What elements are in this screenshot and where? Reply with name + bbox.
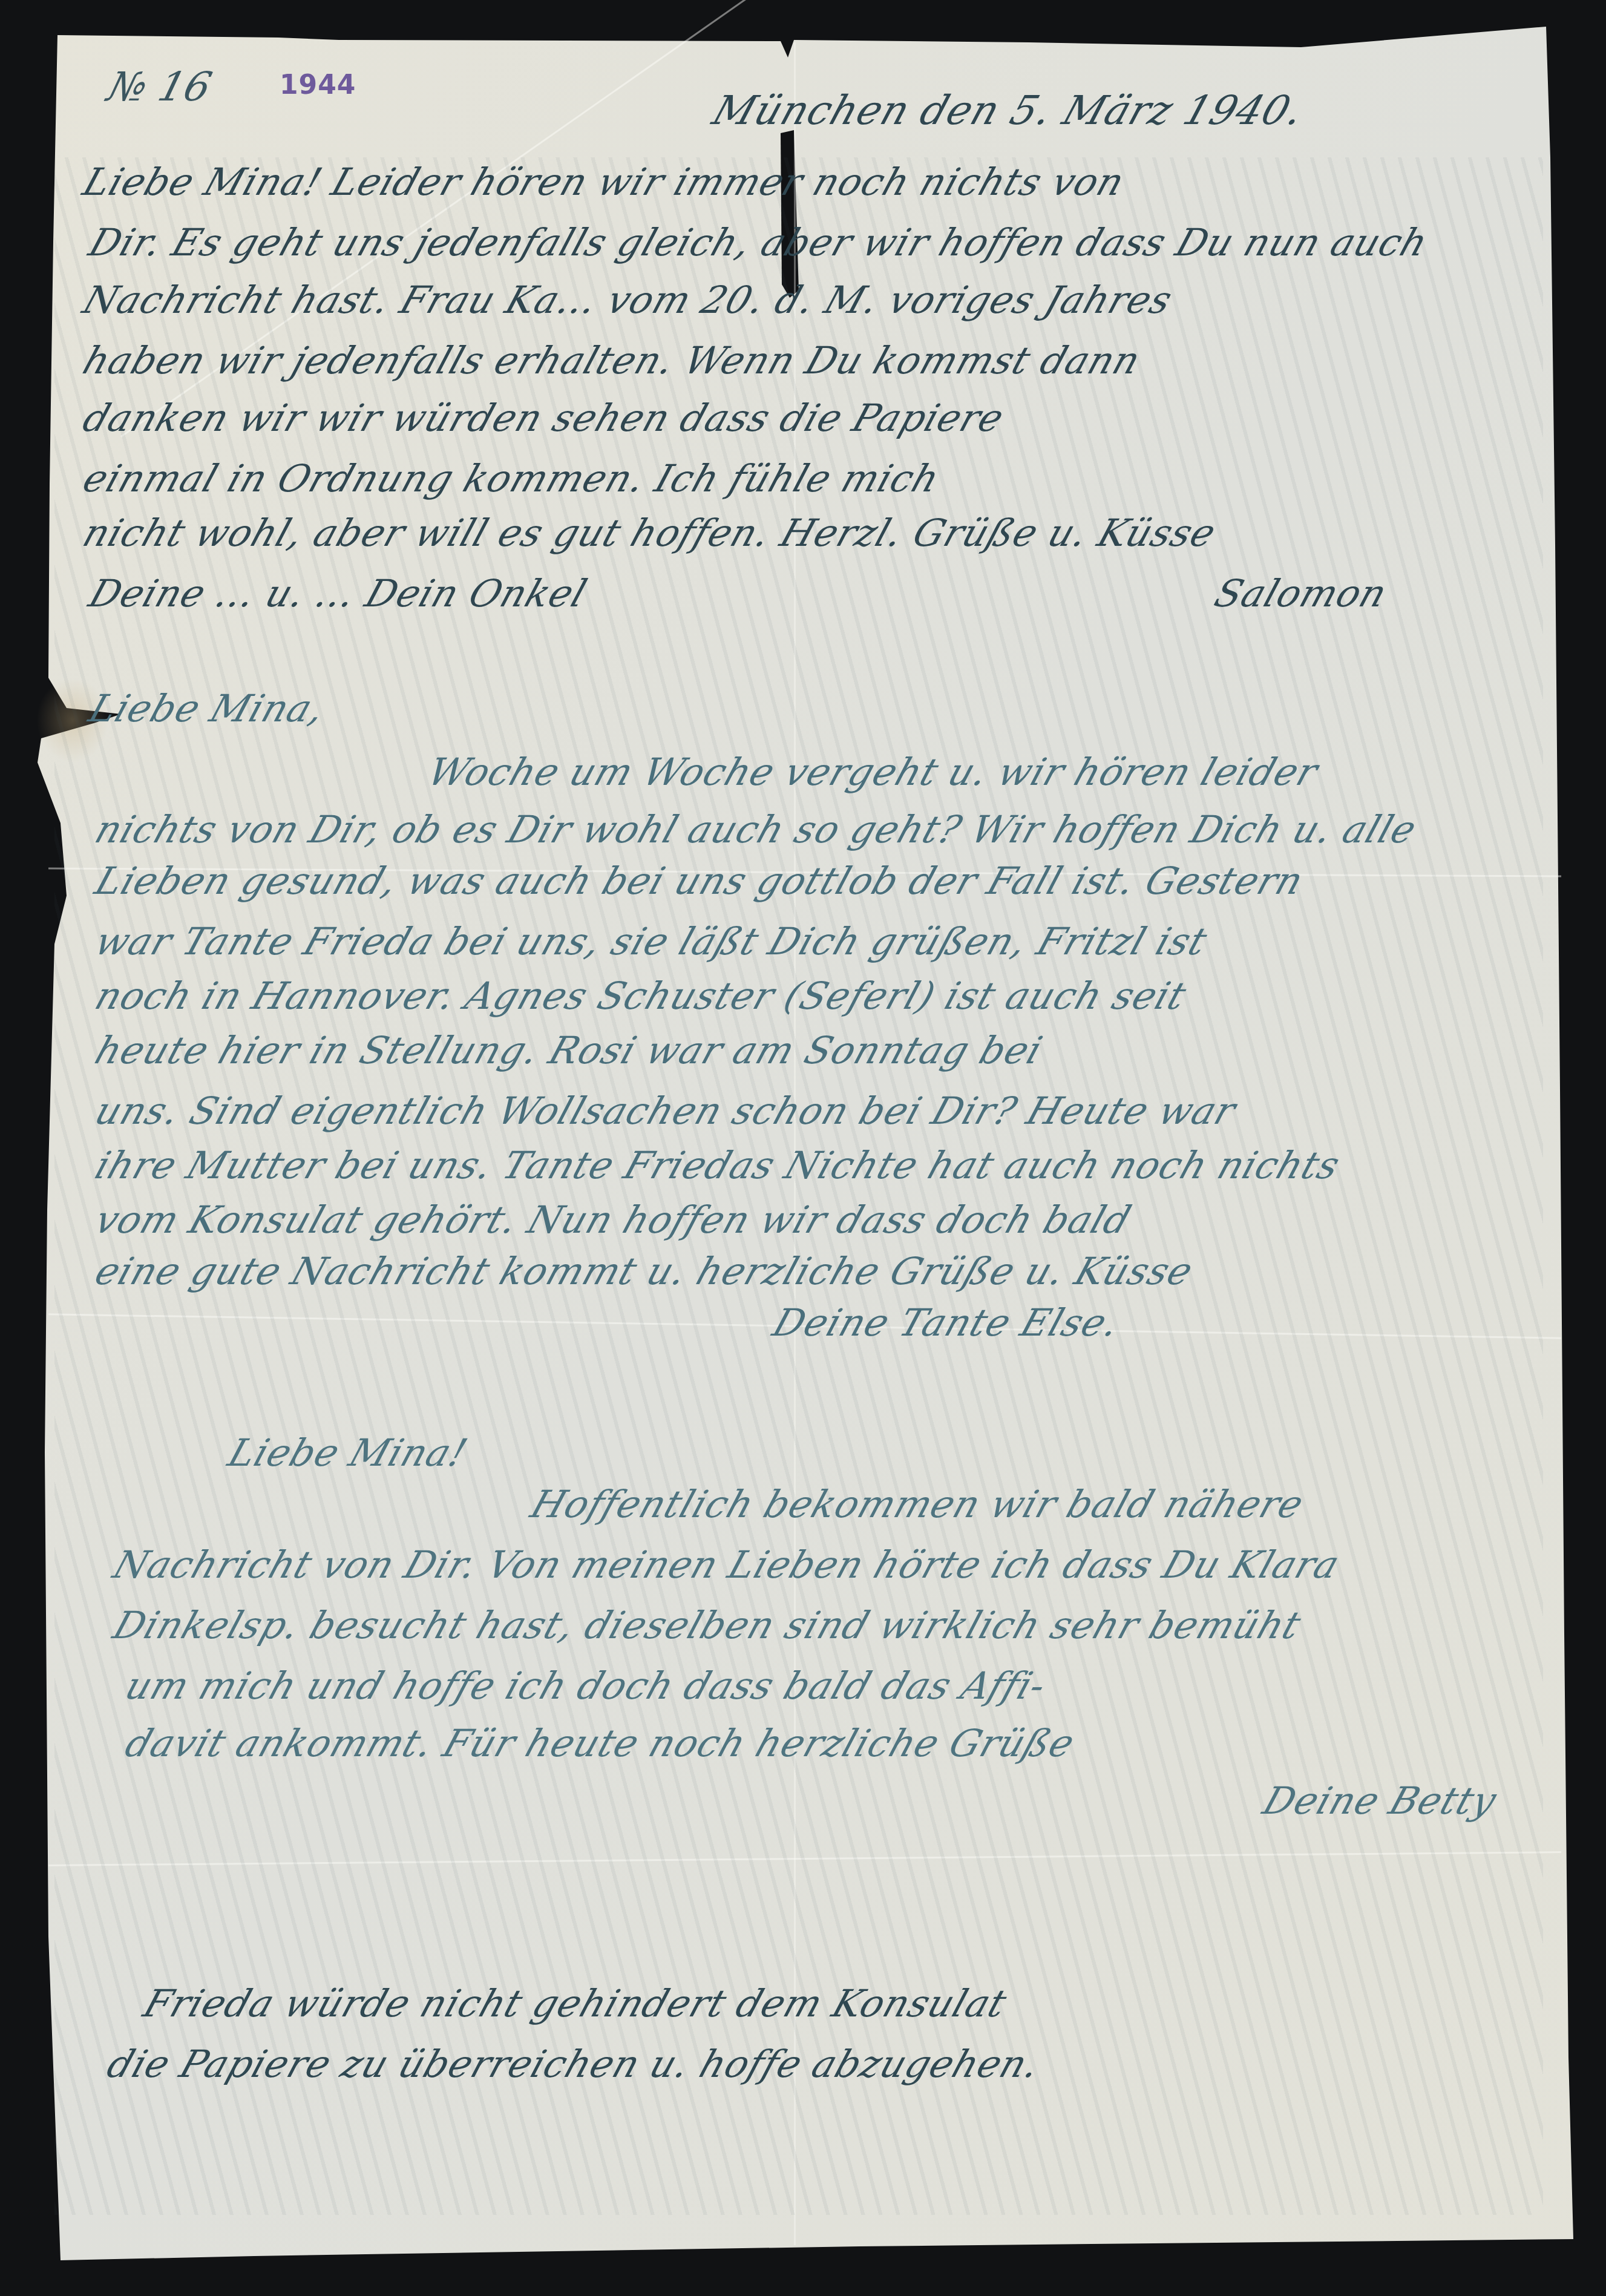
letter-line: die Papiere zu überreichen u. hoffe abzu…: [103, 2045, 1044, 2083]
signature: Deine Tante Else.: [769, 1304, 1124, 1342]
salutation: Liebe Mina!: [224, 1434, 472, 1472]
letter-line: Nachricht hast. Frau Ka... vom 20. d. M.…: [79, 281, 1177, 319]
letter-line: noch in Hannover. Agnes Schuster (Seferl…: [91, 977, 1191, 1015]
letter-line: Lieben gesund, was auch bei uns gottlob …: [91, 862, 1308, 900]
letter-line: davit ankommt. Für heute noch herzliche …: [121, 1725, 1080, 1762]
letter-line: Liebe Mina! Leider hören wir immer noch …: [79, 163, 1129, 201]
letter-line: ihre Mutter bei uns. Tante Friedas Nicht…: [91, 1147, 1345, 1184]
year-stamp: 1944: [280, 70, 356, 100]
letter-line: heute hier in Stellung. Rosi war am Sonn…: [91, 1032, 1047, 1069]
letter-line: danken wir wir würden sehen dass die Pap…: [79, 399, 1009, 437]
letter-line: nicht wohl, aber will es gut hoffen. Her…: [79, 514, 1221, 552]
letter-line: Dinkelsp. besucht hast, dieselben sind w…: [109, 1607, 1305, 1644]
letter-line: nichts von Dir, ob es Dir wohl auch so g…: [91, 811, 1421, 848]
letter-line: eine gute Nachricht kommt u. herzliche G…: [91, 1253, 1198, 1290]
letter-line: vom Konsulat gehört. Nun hoffen wir dass…: [91, 1201, 1136, 1239]
letter-line: haben wir jedenfalls erhalten. Wenn Du k…: [79, 342, 1145, 379]
signature: Salomon: [1210, 575, 1392, 612]
letter-sheet: № 16 1944 München den 5. März 1940. Lieb…: [0, 0, 1606, 2296]
letter-line: Dir. Es geht uns jedenfalls gleich, aber…: [85, 224, 1432, 261]
letter-line: Woche um Woche vergeht u. wir hören leid…: [424, 753, 1323, 791]
signature: Deine Betty: [1259, 1782, 1501, 1820]
place-date: München den 5. März 1940.: [708, 91, 1309, 131]
letter-line: Hoffentlich bekommen wir bald nähere: [526, 1486, 1308, 1523]
letter-line: um mich und hoffe ich doch dass bald das…: [121, 1667, 1050, 1705]
reference-number: № 16: [103, 64, 217, 110]
letter-line: Nachricht von Dir. Von meinen Lieben hör…: [109, 1546, 1344, 1584]
letter-line: war Tante Frieda bei uns, sie läßt Dich …: [91, 923, 1211, 960]
salutation: Liebe Mina,: [85, 690, 330, 727]
letter-line: Deine ... u. ... Dein Onkel: [85, 575, 591, 612]
letter-line: uns. Sind eigentlich Wollsachen schon be…: [91, 1092, 1241, 1130]
letter-line: Frieda würde nicht gehindert dem Konsula…: [139, 1985, 1011, 2022]
letter-line: einmal in Ordnung kommen. Ich fühle mich: [79, 460, 944, 497]
